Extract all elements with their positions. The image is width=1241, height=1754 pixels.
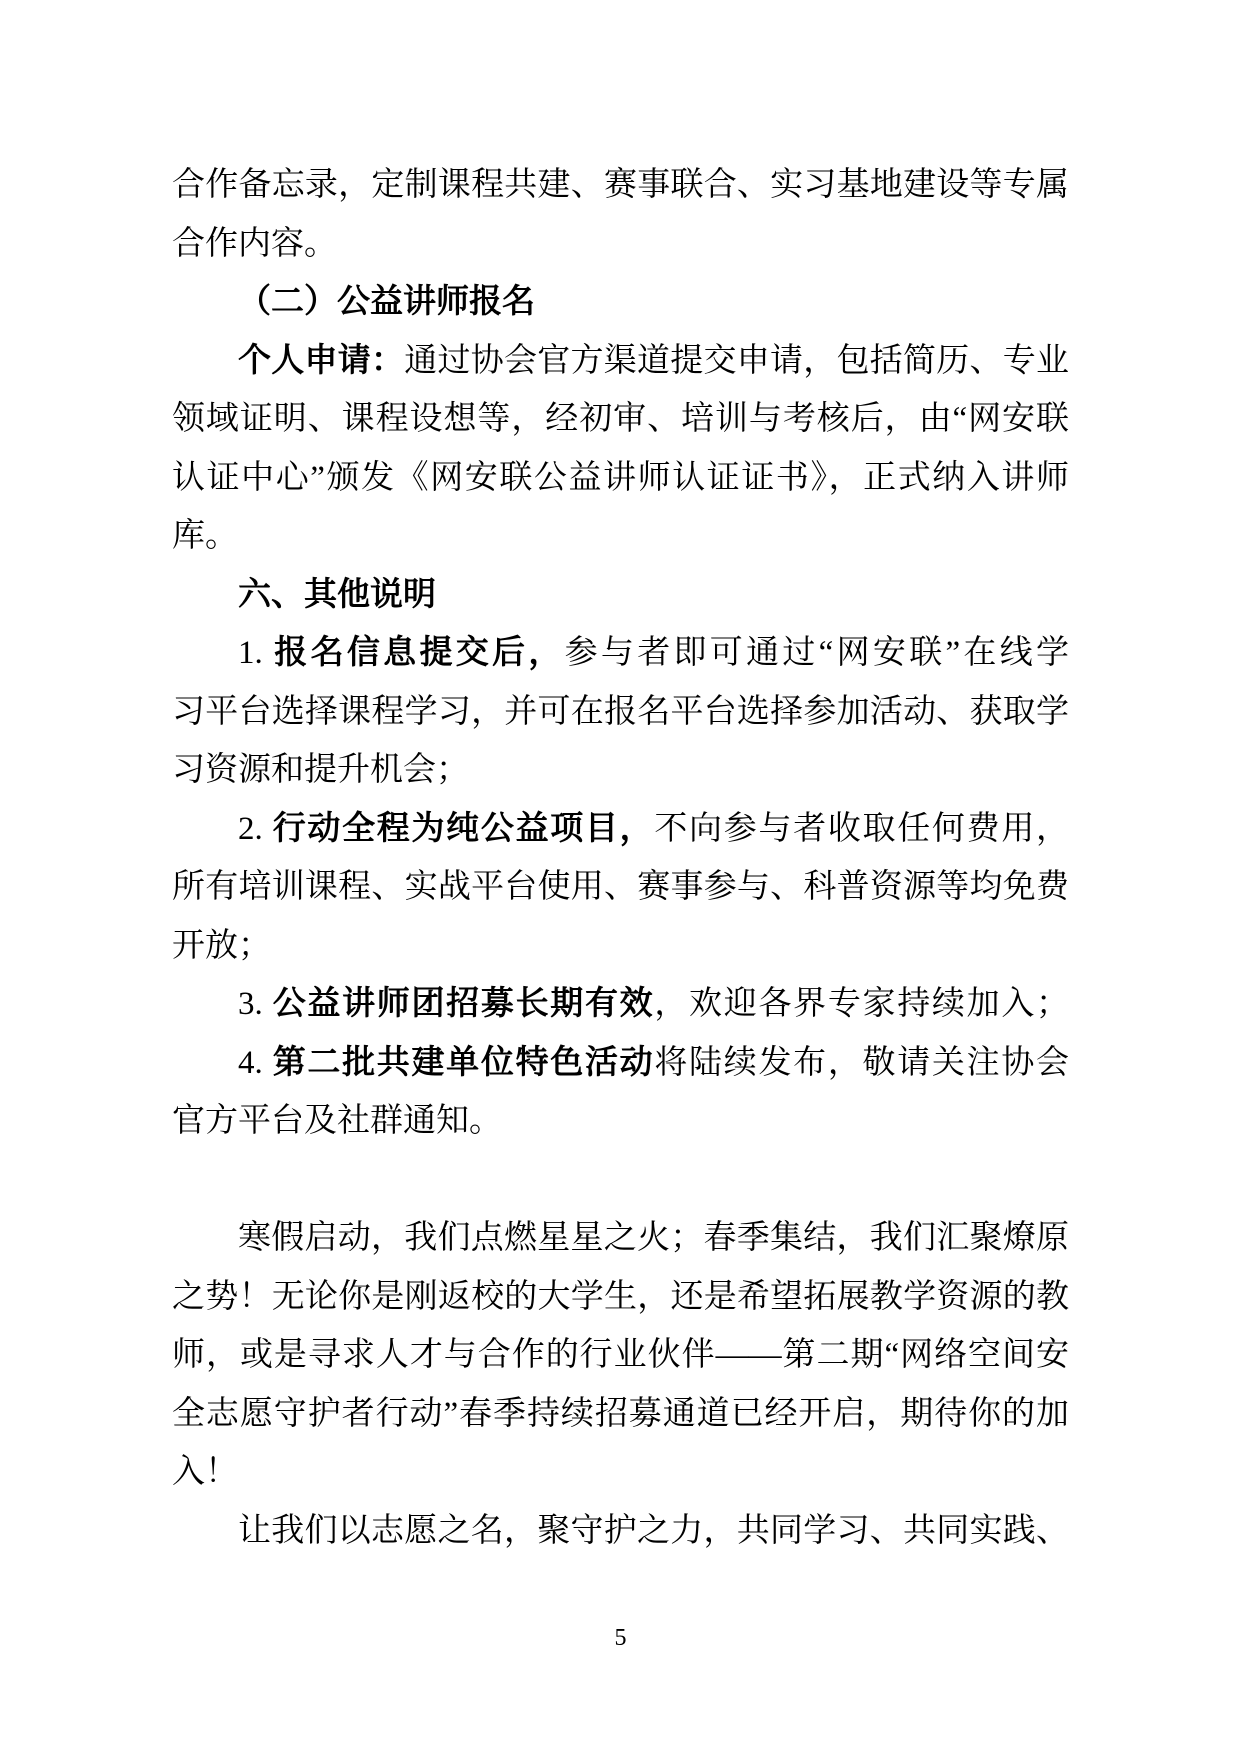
- paragraph-line: 认证中心”颁发《网安联公益讲师认证证书》，正式纳入讲师: [172, 449, 1069, 508]
- page-footer: 5: [0, 1624, 1241, 1652]
- line-text: 合作备忘录，定制课程共建、赛事联合、实习基地建设等专属: [172, 167, 1069, 203]
- numbered-item-line: 4. 第二批共建单位特色活动将陆续发布，敬请关注协会: [172, 1034, 1069, 1093]
- line-text: 习平台选择课程学习，并可在报名平台选择参加活动、获取学: [172, 694, 1069, 730]
- paragraph-line: 之势！无论你是刚返校的大学生，还是希望拓展教学资源的教: [172, 1268, 1069, 1327]
- page-number: 5: [615, 1625, 627, 1651]
- paragraph-line: 合作内容。: [172, 215, 1069, 274]
- line-text: 寒假启动，我们点燃星星之火；春季集结，我们汇聚燎原: [238, 1220, 1069, 1256]
- item-number: 2.: [238, 811, 273, 847]
- line-text: 将陆续发布，敬请关注协会: [654, 1045, 1069, 1081]
- numbered-item-line: 2. 行动全程为纯公益项目，不向参与者收取任何费用，: [172, 800, 1069, 859]
- heading-text: 六、其他说明: [238, 577, 436, 613]
- paragraph-line: 开放；: [172, 917, 1069, 976]
- line-text: 让我们以志愿之名，聚守护之力，共同学习、共同实践、: [238, 1513, 1069, 1549]
- line-text: 合作内容。: [172, 226, 337, 262]
- line-text: 所有培训课程、实战平台使用、赛事参与、科普资源等均免费: [172, 869, 1069, 905]
- section-heading: 六、其他说明: [172, 566, 1069, 625]
- paragraph-line: 所有培训课程、实战平台使用、赛事参与、科普资源等均免费: [172, 858, 1069, 917]
- line-text: 库。: [172, 518, 238, 554]
- paragraph-line: 领域证明、课程设想等，经初审、培训与考核后，由“网安联: [172, 390, 1069, 449]
- line-text: 开放；: [172, 928, 271, 964]
- heading-text: （二）公益讲师报名: [238, 284, 535, 320]
- bold-lead-text: 个人申请：: [238, 343, 404, 379]
- item-number: 1.: [238, 635, 274, 671]
- paragraph-line: 习平台选择课程学习，并可在报名平台选择参加活动、获取学: [172, 683, 1069, 742]
- line-text: 习资源和提升机会；: [172, 752, 469, 788]
- line-text: ，欢迎各界专家持续加入；: [654, 986, 1069, 1022]
- paragraph-line: 寒假启动，我们点燃星星之火；春季集结，我们汇聚燎原: [172, 1209, 1069, 1268]
- blank-line: [172, 1151, 1069, 1210]
- bold-lead-text: 报名信息提交后，: [274, 635, 564, 671]
- paragraph-line: 让我们以志愿之名，聚守护之力，共同学习、共同实践、: [172, 1502, 1069, 1561]
- paragraph-line: 官方平台及社群通知。: [172, 1092, 1069, 1151]
- line-text: 参与者即可通过“网安联”在线学: [565, 635, 1069, 671]
- bold-lead-text: 行动全程为纯公益项目，: [273, 811, 655, 847]
- paragraph-line: 习资源和提升机会；: [172, 741, 1069, 800]
- item-number: 3.: [238, 986, 273, 1022]
- paragraph-line: 库。: [172, 507, 1069, 566]
- line-text: 师，或是寻求人才与合作的行业伙伴——第二期“网络空间安: [172, 1337, 1069, 1373]
- paragraph-line: 全志愿守护者行动”春季持续招募通道已经开启，期待你的加: [172, 1385, 1069, 1444]
- bold-lead-text: 公益讲师团招募长期有效: [273, 986, 655, 1022]
- line-text: 领域证明、课程设想等，经初审、培训与考核后，由“网安联: [172, 401, 1069, 437]
- numbered-item-line: 3. 公益讲师团招募长期有效，欢迎各界专家持续加入；: [172, 975, 1069, 1034]
- numbered-item-line: 1. 报名信息提交后，参与者即可通过“网安联”在线学: [172, 624, 1069, 683]
- document-page: 合作备忘录，定制课程共建、赛事联合、实习基地建设等专属 合作内容。 （二）公益讲…: [0, 0, 1241, 1754]
- paragraph-line: 入！: [172, 1443, 1069, 1502]
- document-body: 合作备忘录，定制课程共建、赛事联合、实习基地建设等专属 合作内容。 （二）公益讲…: [172, 156, 1069, 1560]
- line-text: 通过协会官方渠道提交申请，包括简历、专业: [404, 343, 1069, 379]
- line-text: 入！: [172, 1454, 238, 1490]
- line-text: 之势！无论你是刚返校的大学生，还是希望拓展教学资源的教: [172, 1279, 1069, 1315]
- line-text: 不向参与者收取任何费用，: [654, 811, 1069, 847]
- line-text: 认证中心”颁发《网安联公益讲师认证证书》，正式纳入讲师: [172, 460, 1069, 496]
- item-number: 4.: [238, 1045, 273, 1081]
- bold-lead-text: 第二批共建单位特色活动: [273, 1045, 655, 1081]
- paragraph-line: 合作备忘录，定制课程共建、赛事联合、实习基地建设等专属: [172, 156, 1069, 215]
- section-heading: （二）公益讲师报名: [172, 273, 1069, 332]
- paragraph-line: 师，或是寻求人才与合作的行业伙伴——第二期“网络空间安: [172, 1326, 1069, 1385]
- line-text: 全志愿守护者行动”春季持续招募通道已经开启，期待你的加: [172, 1396, 1069, 1432]
- paragraph-line: 个人申请：通过协会官方渠道提交申请，包括简历、专业: [172, 332, 1069, 391]
- line-text: 官方平台及社群通知。: [172, 1103, 502, 1139]
